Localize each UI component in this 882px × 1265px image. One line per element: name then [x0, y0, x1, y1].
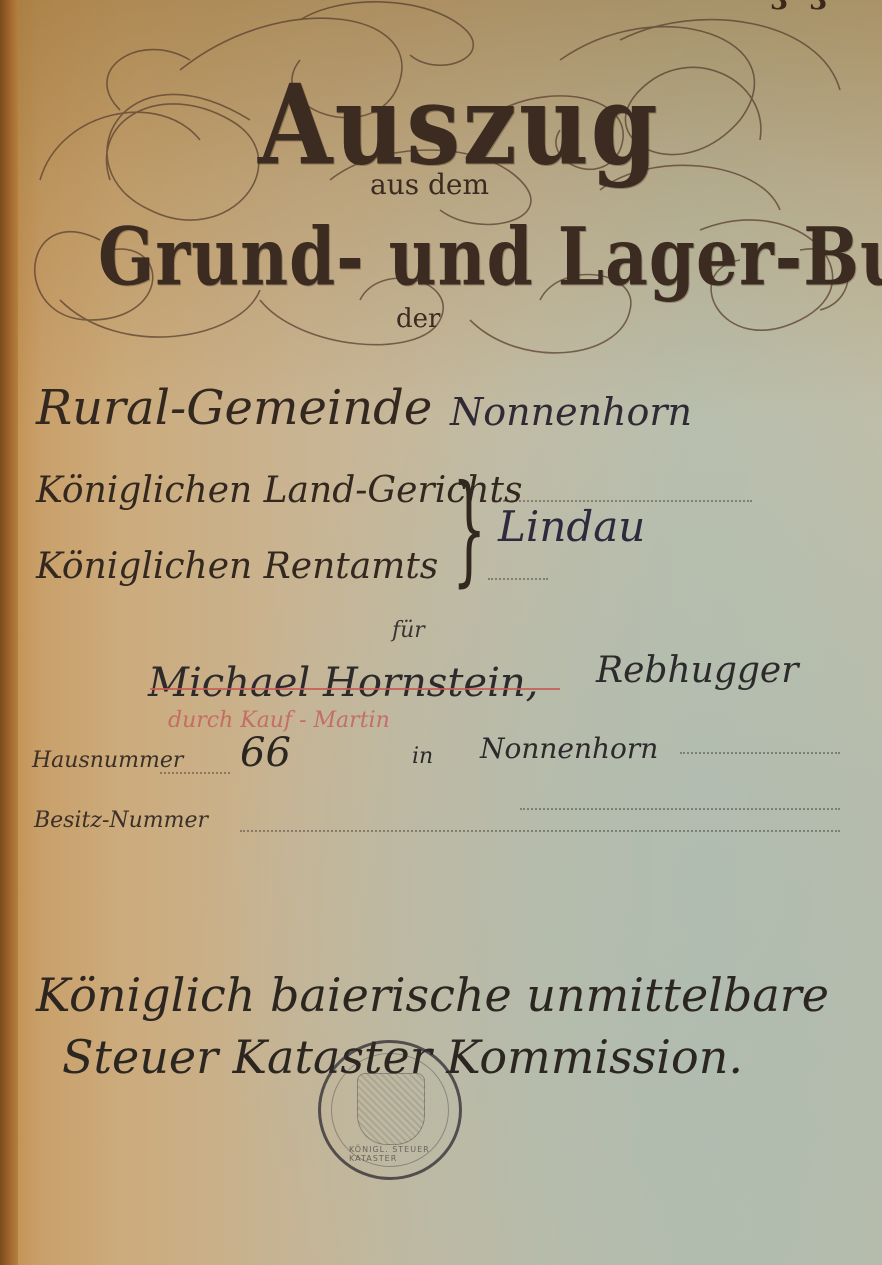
- title-der: der: [396, 304, 440, 334]
- red-strikethrough: [150, 688, 560, 690]
- official-seal-stamp: KÖNIGL. STEUER KATASTER: [318, 1040, 462, 1180]
- gemeinde-name: Nonnenhorn: [450, 390, 692, 434]
- dotted-line: [488, 578, 548, 580]
- hausnummer-place: Nonnenhorn: [480, 732, 658, 765]
- rentamt-label: Königlichen Rentamts: [36, 546, 438, 587]
- hausnummer-value: 66: [240, 730, 291, 776]
- document-page: 3 3 Auszug aus dem Grund- und Lager-Buch…: [0, 0, 882, 1265]
- brace-icon: }: [452, 470, 486, 590]
- jurisdiction-value: Lindau: [498, 502, 645, 551]
- owner-occupation: Rebhugger: [596, 650, 798, 691]
- besitz-nummer-label: Besitz-Nummer: [34, 808, 208, 833]
- title-grund-und-lager-buch: Grund- und Lager-Buch: [98, 210, 882, 304]
- commission-line-1: Königlich baierische unmittelbare: [36, 968, 829, 1022]
- landgericht-label: Königlichen Land-Gerichts: [36, 470, 523, 511]
- owner-name-struck: Michael Hornstein,: [148, 660, 538, 706]
- coat-of-arms-icon: [357, 1073, 425, 1145]
- hausnummer-in-label: in: [412, 744, 433, 769]
- dotted-line: [240, 830, 840, 832]
- gemeinde-label: Rural-Gemeinde: [36, 380, 432, 436]
- title-aus-dem: aus dem: [370, 168, 489, 201]
- hausnummer-label: Hausnummer: [32, 748, 183, 773]
- dotted-line: [520, 808, 840, 810]
- dotted-line: [160, 772, 230, 774]
- fuer-label: für: [392, 618, 425, 643]
- dotted-line: [680, 752, 840, 754]
- seal-text: KÖNIGL. STEUER KATASTER: [349, 1145, 459, 1163]
